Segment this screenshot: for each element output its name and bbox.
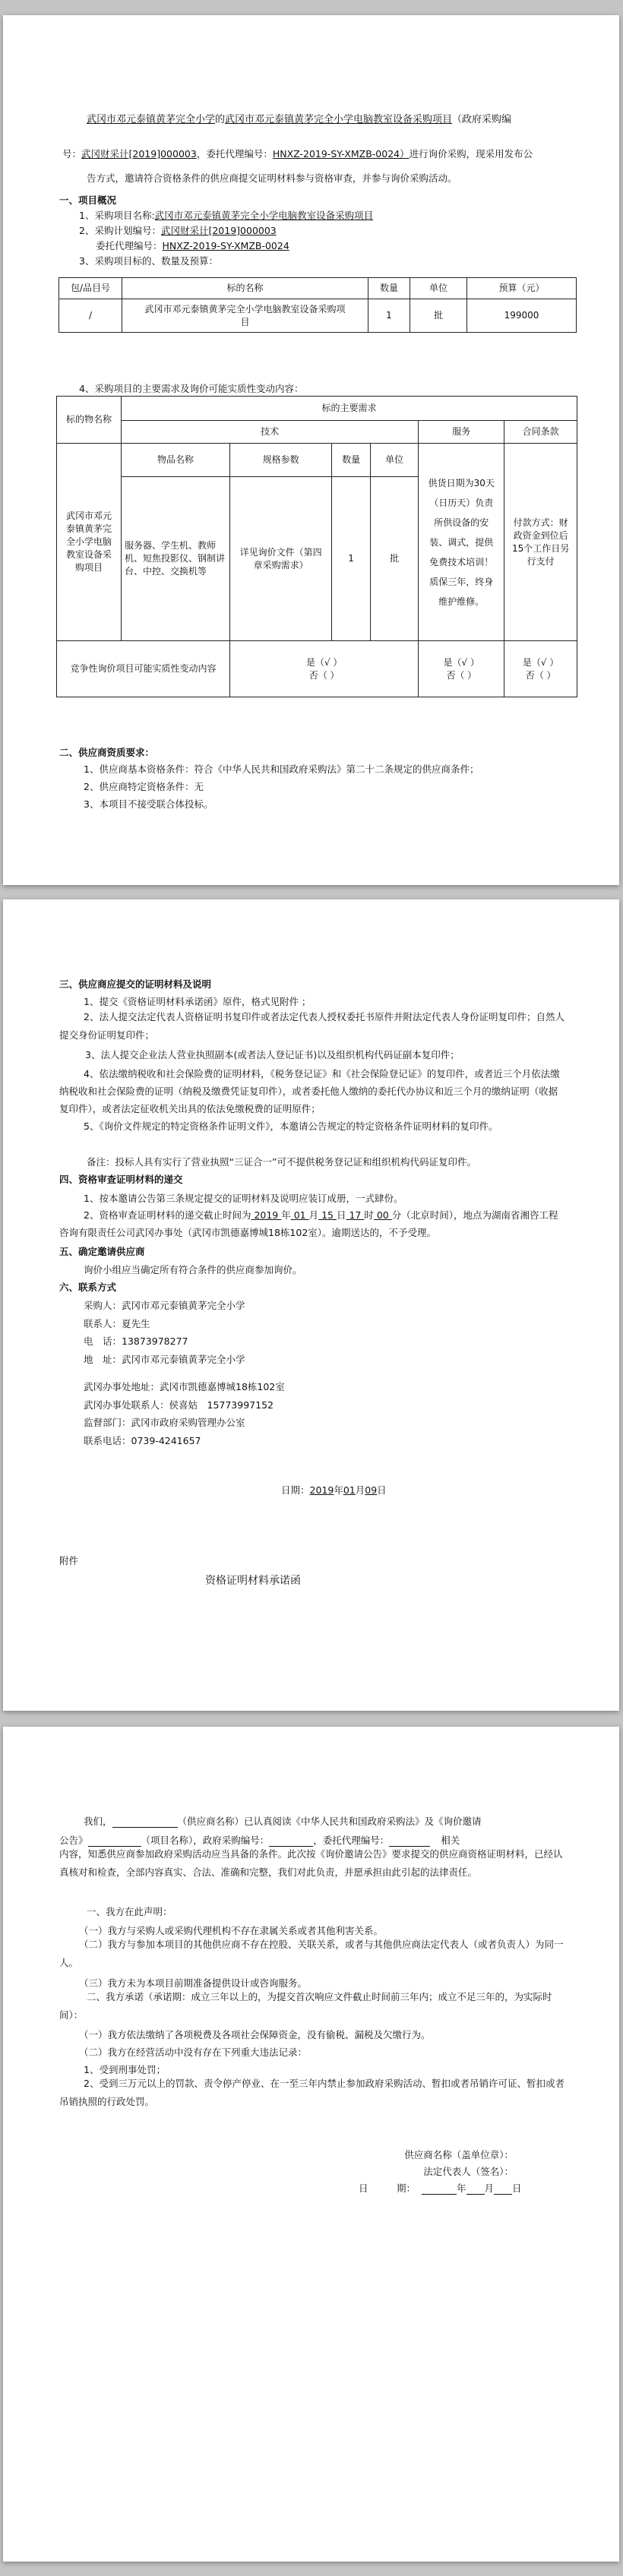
section-2-item: 2、供应商特定资格条件：无 xyxy=(84,781,204,793)
s3-item-4: 4、依法缴纳税收和社会保险费的证明材料，《税务登记证》和《社会保险登记证》的复印… xyxy=(59,1065,567,1117)
year-unit: 年 xyxy=(457,2182,466,2194)
month-unit: 月 xyxy=(485,2182,495,2194)
day-unit: 日 xyxy=(377,1484,387,1496)
item-4-label: 4、采购项目的主要需求及询价可能实质性变动内容： xyxy=(79,383,303,395)
agent-no: HNXZ-2019-SY-XMZB-0024） xyxy=(273,148,410,160)
header-cell: 预算（元） xyxy=(467,278,577,299)
s4-item-2: 2、资格审查证明材料的递交截止时间为 2019 年 01 月 15 日 17 时… xyxy=(59,1206,567,1241)
hour-unit: 时 xyxy=(364,1209,374,1221)
header-cell: 标的名称 xyxy=(122,278,368,299)
year-unit: 年 xyxy=(334,1484,343,1496)
change-label-cell: 竞争性询价项目可能实质性变动内容 xyxy=(57,641,230,697)
section-2-title: 二、供应商资质要求： xyxy=(59,747,154,759)
item-1-label: 1、采购项目名称: xyxy=(79,210,155,221)
sign-day-blank[interactable] xyxy=(494,2184,512,2195)
document-page-3: 我们，（供应商名称）已认真阅读《中华人民共和国政府采购法》及《询价邀请 公告》（… xyxy=(3,1727,619,2562)
intro-mid: ，委托代理编号： xyxy=(197,148,273,160)
intro-tail-2: 进行询价采购，现采用发布公 xyxy=(410,148,533,160)
item-2b-label: 委托代理编号： xyxy=(96,240,163,251)
pledge-text: （项目名称），政府采购编号： xyxy=(141,1835,270,1846)
day-unit: 日 xyxy=(512,2182,522,2194)
year-unit: 年 xyxy=(281,1209,291,1221)
document-page-1: 武冈市邓元泰镇黄茅完全小学的武冈市邓元泰镇黄茅完全小学电脑教室设备采购项目（政府… xyxy=(3,15,619,885)
supplier-name-blank[interactable] xyxy=(112,1817,178,1828)
deadline-minute: 00 xyxy=(374,1209,392,1221)
pledge-text: 公告》 xyxy=(59,1835,88,1846)
contact-person: 联系人：夏先生 xyxy=(84,1318,150,1330)
supervisor-phone: 联系电话：0739-4241657 xyxy=(84,1435,201,1447)
requirements-table: 标的物名称 标的主要需求 技术 服务 合同条款 武冈市邓元泰镇黄茅完全小学电脑教… xyxy=(56,396,577,697)
table-row: / 武冈市邓元泰镇黄茅完全小学电脑教室设备采购项目 1 批 199000 xyxy=(59,299,577,333)
contract-cell: 付款方式：财政资金到位后15个工作日另行支付 xyxy=(504,444,577,641)
office-address: 武冈办事处地址：武冈市凯德嘉博城18栋102室 xyxy=(84,1381,285,1393)
date-year: 2019 xyxy=(310,1484,334,1496)
item-1-value: 武冈市邓元泰镇黄茅完全小学电脑教室设备采购项目 xyxy=(155,210,374,221)
no-blank: 否（ ） xyxy=(508,669,574,682)
pledge-text: 相关 xyxy=(441,1835,460,1846)
buyer-name: 武冈市邓元泰镇黄茅完全小学 xyxy=(87,114,215,125)
qty-header: 数量 xyxy=(332,444,371,477)
pledge-line-1: 我们，（供应商名称）已认真阅读《中华人民共和国政府采购法》及《询价邀请 xyxy=(84,1816,482,1828)
s3-item-3: 3、法人提交企业法人营业执照副本(或者法人登记证书)以及组织机构代码证副本复印件… xyxy=(85,1049,460,1061)
connector-text: 的 xyxy=(215,114,225,125)
contact-address: 地 址：武冈市邓元泰镇黄茅完全小学 xyxy=(84,1354,245,1366)
s3-item-1: 1、提交《资格证明材料承诺函》原件，格式见附件 ； xyxy=(84,996,311,1008)
sign-date: 日 期：年月日 xyxy=(359,2182,522,2195)
section-4-title: 四、资格审查证明材料的递交 xyxy=(59,1174,183,1186)
s3-item-5: 5、《询价文件规定的特定资格条件证明文件》，本邀请公告规定的特定资格条件证明材料… xyxy=(59,1117,567,1135)
sign-supplier: 供应商名称（盖单位章）： xyxy=(334,2149,514,2161)
pledge-body: 内容，知悉供应商参加政府采购活动应当具备的条件。此次按《询价邀请公告》要求提交的… xyxy=(59,1845,567,1882)
sign-year-blank[interactable] xyxy=(422,2184,457,2195)
main-requirements-header: 标的主要需求 xyxy=(121,397,577,421)
intro-line-2: 号：武冈财采计[2019]000003，委托代理编号：HNXZ-2019-SY-… xyxy=(62,148,533,160)
tech-change-cell: 是（√ ） 否（ ） xyxy=(229,641,418,697)
office-contact: 武冈办事处联系人：侯喜姑 15773997152 xyxy=(84,1399,274,1411)
intro-line-3: 告方式，邀请符合资格条件的供应商提交证明材料参与资格审查，并参与询价采购活动。 xyxy=(87,172,457,185)
no-blank: 否（ ） xyxy=(422,669,501,682)
document-page-2: 三、供应商应提交的证明材料及说明 1、提交《资格证明材料承诺函》原件，格式见附件… xyxy=(3,899,619,1711)
table-cell: 1 xyxy=(368,299,410,333)
budget-table-header: 包/品目号 标的名称 数量 单位 预算（元） xyxy=(59,278,577,299)
item-1: 1、采购项目名称:武冈市邓元泰镇黄茅完全小学电脑教室设备采购项目 xyxy=(79,210,373,222)
attachment-title: 资格证明材料承诺函 xyxy=(205,1575,301,1587)
s4-item-1: 1、按本邀请公告第三条规定提交的证明材料及说明应装订成册，一式肆份。 xyxy=(84,1193,403,1205)
section-5-title: 五、确定邀请供应商 xyxy=(59,1246,145,1258)
deadline-hour: 17 xyxy=(346,1209,365,1221)
header-cell: 包/品目号 xyxy=(59,278,122,299)
s5-text: 询价小组应当确定所有符合条件的供应商参加询价。 xyxy=(84,1264,302,1276)
table-cell: / xyxy=(59,299,122,333)
object-name-header: 标的物名称 xyxy=(57,397,122,444)
section-3-title: 三、供应商应提交的证明材料及说明 xyxy=(59,978,211,991)
month-unit: 月 xyxy=(356,1484,365,1496)
item-2b-value: HNXZ-2019-SY-XMZB-0024 xyxy=(163,240,289,251)
header-cell: 数量 xyxy=(368,278,410,299)
s3-note: 备注：投标人具有实行了营业执照“三证合一”可不提供税务登记证和组织机构代码证复印… xyxy=(87,1156,476,1168)
header-cell: 单位 xyxy=(410,278,467,299)
month-unit: 月 xyxy=(309,1209,319,1221)
sign-representative: 法定代表人（签名）： xyxy=(334,2166,514,2178)
sign-date-label: 日 期： xyxy=(359,2182,416,2194)
yes-checked: 是（√ ） xyxy=(422,656,501,669)
yes-checked: 是（√ ） xyxy=(233,656,415,669)
qty-cell: 1 xyxy=(332,477,371,641)
date-label: 日期： xyxy=(281,1484,310,1496)
intro-line-1: 武冈市邓元泰镇黄茅完全小学的武冈市邓元泰镇黄茅完全小学电脑教室设备采购项目（政府… xyxy=(87,114,511,126)
attachment-label: 附件 xyxy=(59,1555,78,1567)
item-2-label: 2、采购计划编号： xyxy=(79,225,161,236)
spec-cell: 详见询价文件（第四章采购需求） xyxy=(229,477,331,641)
table-cell: 武冈市邓元泰镇黄茅完全小学电脑教室设备采购项目 xyxy=(122,299,368,333)
promise-title: 二、我方承诺（承诺期：成立三年以上的，为提交首次响应文件截止时间前三年内；成立不… xyxy=(59,1988,567,2024)
service-change-cell: 是（√ ） 否（ ） xyxy=(419,641,504,697)
tech-header: 技术 xyxy=(121,421,418,444)
gov-procurement-no: 武冈财采计[2019]000003 xyxy=(81,148,197,160)
day-unit: 日 xyxy=(337,1209,346,1221)
contract-change-cell: 是（√ ） 否（ ） xyxy=(504,641,577,697)
intro-tail: （政府采购编 xyxy=(452,114,511,125)
project-name: 武冈市邓元泰镇黄茅完全小学电脑教室设备采购项目 xyxy=(225,114,452,125)
table-cell: 199000 xyxy=(467,299,577,333)
item-2-value: 武冈财采计[2019]000003 xyxy=(161,225,277,236)
contact-phone: 电 话：13873978277 xyxy=(84,1335,188,1348)
record-2: 2、受到三万元以上的罚款、责令停产停业、在一至三年内禁止参加政府采购活动、暂扣或… xyxy=(59,2075,567,2111)
date-day: 09 xyxy=(365,1484,377,1496)
deadline-month: 01 xyxy=(291,1209,309,1221)
item-3-label: 3、采购项目标的、数量及预算： xyxy=(79,255,218,267)
supervisor-dept: 监督部门：武冈市政府采购管理办公室 xyxy=(84,1417,245,1429)
object-name-cell: 武冈市邓元泰镇黄茅完全小学电脑教室设备采购项目 xyxy=(57,444,122,641)
date-month: 01 xyxy=(343,1484,356,1496)
sign-month-blank[interactable] xyxy=(466,2184,485,2195)
deadline-day: 15 xyxy=(318,1209,337,1221)
declaration-2: （二）我方与参加本项目的其他供应商不存在控股、关联关系，或者与其他供应商法定代表… xyxy=(59,1936,567,1972)
s3-item-2: 2、法人提交法定代表人资格证明书复印件或者法定代表人授权委托书原件并附法定代表人… xyxy=(59,1008,567,1045)
unit-header: 单位 xyxy=(370,444,418,477)
service-cell: 供货日期为30天（日历天）负责所供设备的安装、调式，提供免费技术培训！质保三年，… xyxy=(419,444,504,641)
table-cell: 批 xyxy=(410,299,467,333)
budget-table: 包/品目号 标的名称 数量 单位 预算（元） / 武冈市邓元泰镇黄茅完全小学电脑… xyxy=(59,277,577,333)
pledge-text: （供应商名称）已认真阅读《中华人民共和国政府采购法》及《询价邀请 xyxy=(178,1816,482,1827)
contract-header: 合同条款 xyxy=(504,421,577,444)
declaration-title: 一、我方在此声明： xyxy=(87,1906,172,1918)
promise-1: （一）我方依法缴纳了各项税费及各项社会保障资金，没有偷税、漏税及欠缴行为。 xyxy=(79,2029,431,2041)
section-2-item: 3、本项目不接受联合体投标。 xyxy=(84,798,213,811)
goods-cell: 服务器、学生机、教师机、短焦投影仪、钢制讲台、中控、交换机等 xyxy=(121,477,229,641)
unit-cell: 批 xyxy=(370,477,418,641)
service-header: 服务 xyxy=(419,421,504,444)
item-2: 2、采购计划编号：武冈财采计[2019]000003 xyxy=(79,225,277,237)
contact-buyer: 采购人：武冈市邓元泰镇黄茅完全小学 xyxy=(84,1300,245,1312)
item-2b: 委托代理编号：HNXZ-2019-SY-XMZB-0024 xyxy=(96,240,289,252)
deadline-year: 2019 xyxy=(251,1209,281,1221)
section-6-title: 六、联系方式 xyxy=(59,1282,116,1294)
promise-2: （二）我方在经营活动中没有存在下列重大违法记录： xyxy=(79,2047,307,2059)
pledge-text: ，委托代理编号： xyxy=(313,1835,389,1846)
spec-header: 规格参数 xyxy=(229,444,331,477)
s4-2-pre: 2、资格审查证明材料的递交截止时间为 xyxy=(84,1209,251,1221)
yes-checked: 是（√ ） xyxy=(508,656,574,669)
goods-name-header: 物品名称 xyxy=(121,444,229,477)
notice-date: 日期：2019年01月09日 xyxy=(281,1484,387,1497)
pledge-we: 我们， xyxy=(84,1816,112,1827)
section-1-title: 一、项目概况 xyxy=(59,194,116,207)
intro-prefix: 号： xyxy=(62,148,81,160)
no-blank: 否（ ） xyxy=(233,669,415,682)
section-2-item: 1、供应商基本资格条件：符合《中华人民共和国政府采购法》第二十二条规定的供应商条… xyxy=(84,763,479,776)
